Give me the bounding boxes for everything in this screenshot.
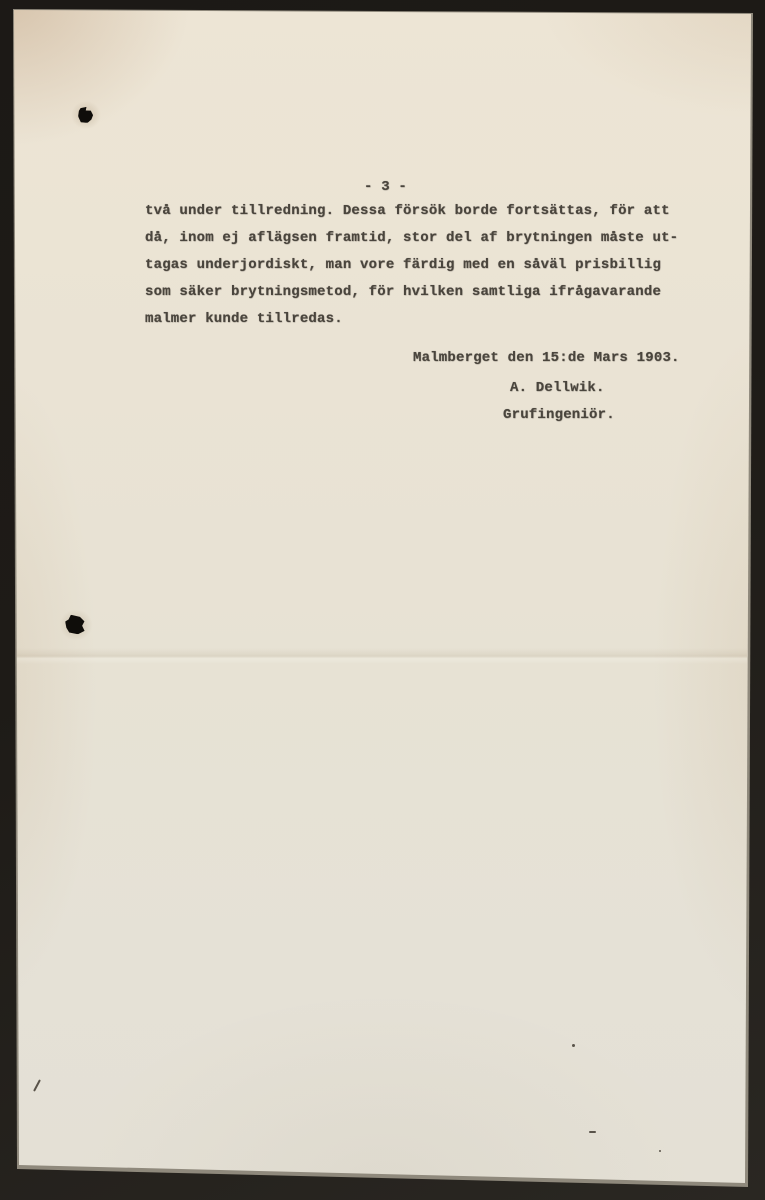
scan-background: - 3 - två under tillredning. Dessa försö… (0, 0, 765, 1200)
paragraph-line: tagas underjordiskt, man vore färdig med… (145, 252, 678, 279)
ink-speck (572, 1044, 575, 1047)
document-page: - 3 - två under tillredning. Dessa försö… (0, 0, 765, 1200)
paragraph-line: malmer kunde tillredas. (145, 306, 678, 333)
page-number: - 3 - (364, 179, 407, 195)
signature-name: A. Dellwik. (510, 375, 605, 402)
signature-title: Grufingeniör. (503, 402, 615, 429)
ink-speck (589, 1131, 596, 1133)
paragraph-line: som säker brytningsmetod, för hvilken sa… (145, 279, 678, 306)
paragraph-line: två under tillredning. Dessa försök bord… (145, 198, 678, 225)
dateline: Malmberget den 15:de Mars 1903. (413, 345, 680, 372)
paper-crease (15, 648, 747, 664)
paragraph-line: då, inom ej aflägsen framtid, stor del a… (145, 225, 678, 252)
ink-speck (659, 1150, 661, 1152)
body-paragraph: två under tillredning. Dessa försök bord… (145, 198, 678, 333)
ink-scratch-mark (33, 1079, 41, 1091)
